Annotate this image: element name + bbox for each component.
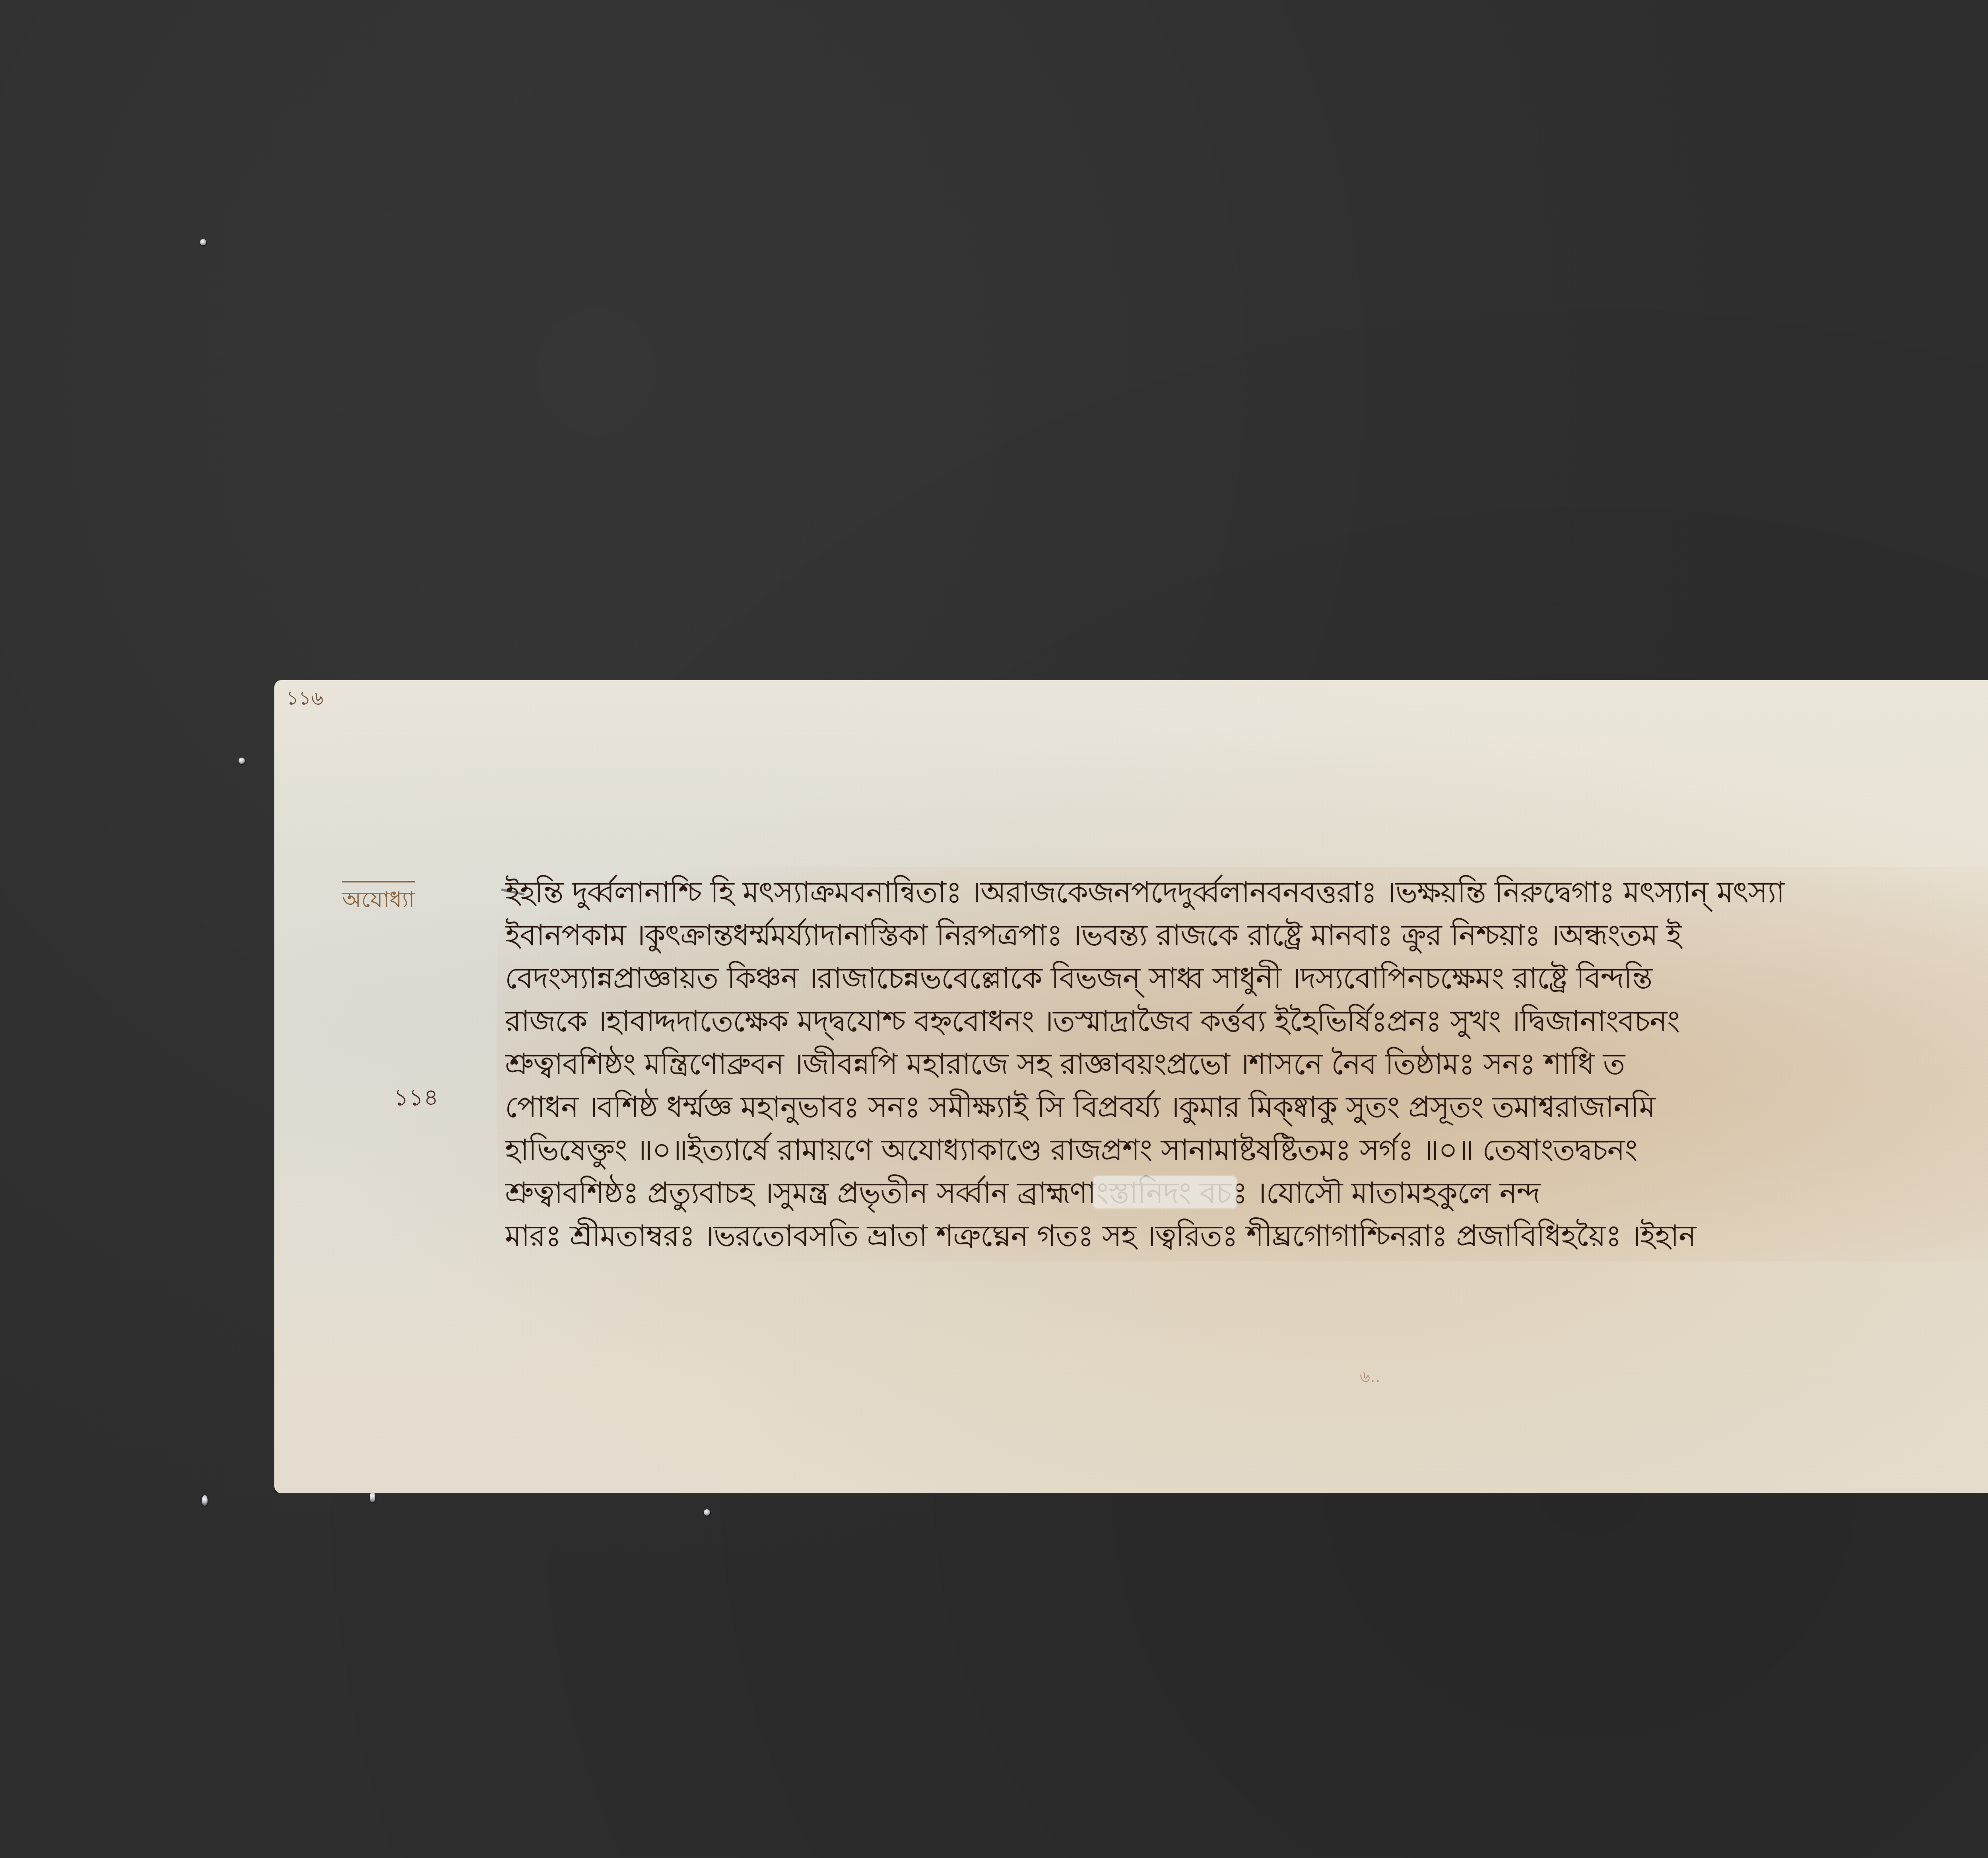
paper-repair-patch [1093, 1176, 1237, 1208]
text-line: হাভিষেক্তুং ॥০॥ইত্যার্ষে রামায়ণে অযোধ্য… [505, 1129, 1988, 1172]
margin-title: অযোধ্যা [342, 881, 415, 920]
mounting-pin [202, 1495, 208, 1506]
text-line: বেদংস্যান্নপ্রাজ্ঞায়ত কিঞ্চন ।রাজাচেন্ন… [505, 957, 1988, 1000]
manuscript-folio: ১১৬ অযোধ্যা ১১৪ ৫৩ ইহন্তি দুর্ব্বলানাশ্চ… [274, 680, 1988, 1493]
text-line: পোধন ।বশিষ্ঠ ধর্ম্মজ্ঞ মহানুভাবঃ সনঃ সমী… [505, 1086, 1988, 1129]
mounting-pin [370, 1492, 375, 1502]
verse-number-left: ১১৪ [394, 1080, 439, 1118]
mounting-pin [704, 1509, 710, 1516]
faint-bottom-mark: ৬.. [1360, 1364, 1380, 1391]
text-line: শ্রুত্বাবশিষ্ঠঃ প্রত্যুবাচহ ।সুমন্ত্র প্… [505, 1172, 1988, 1215]
folio-number: ১১৬ [286, 684, 324, 715]
manuscript-text-block: ইহন্তি দুর্ব্বলানাশ্চি হি মৎস্যাক্রমবনান… [497, 867, 1988, 1261]
text-line: মারঃ শ্রীমতাম্বরঃ ।ভরতোবসতি ভ্রাতা শত্রু… [505, 1215, 1988, 1257]
text-line: ইবানপকাম ।কুৎক্রান্তধর্ম্মমর্য্যাদানাস্ত… [505, 914, 1988, 957]
text-line: শ্রুত্বাবশিষ্ঠং মন্ত্রিণোব্রুবন ।জীবন্নপ… [505, 1043, 1988, 1086]
text-line: ইহন্তি দুর্ব্বলানাশ্চি হি মৎস্যাক্রমবনান… [505, 871, 1988, 914]
mounting-pin [200, 239, 206, 245]
text-line: রাজকে ।হাবাদ্দদাতেক্ষেক মদ্দ্বযোশ্চ বহ্ন… [505, 1000, 1988, 1043]
mounting-pin [239, 758, 245, 764]
